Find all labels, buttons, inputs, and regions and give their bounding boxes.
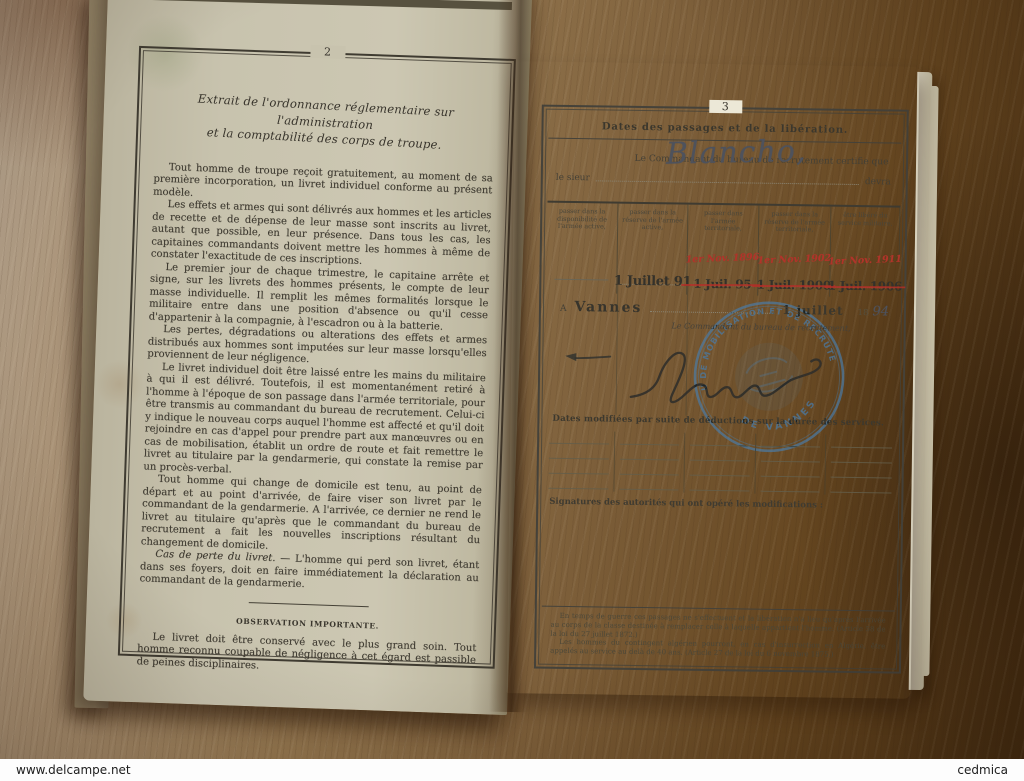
grid-cell [826, 465, 897, 481]
printed-date-struck: 1 Juil. 95 [684, 277, 760, 292]
right-page: 3 Dates des passages et de la libération… [507, 61, 920, 699]
grid-cell [826, 450, 897, 466]
date-cell-territoriale: 1er Nov. 1896 1 Juil. 95 [687, 255, 758, 296]
date-cell-disponibilite [546, 253, 617, 294]
grid-cell [614, 447, 685, 463]
grid-cell [615, 432, 686, 448]
date-cell-liberation: 1er Nov. 1911 1 Juil. 1906 [830, 257, 899, 298]
left-page-content: Extrait de l'ordonnance réglementaire su… [125, 53, 509, 661]
handwritten-corrected-date: 1er Nov. 1896 [684, 252, 762, 266]
sieur-label: le sieur [556, 173, 590, 183]
heading-rule [281, 154, 367, 157]
pen-paraph-mark [561, 352, 613, 369]
table-header-cell: passer dans la réserve de l'armée territ… [759, 206, 832, 257]
right-page-number: 3 [709, 100, 742, 113]
passage-dates-table: passer dans la disponibilité de l'armée … [546, 201, 900, 298]
grid-cell [544, 446, 615, 462]
footnote-box: En temps de guerre ces passages ne s'eff… [541, 606, 895, 667]
grid-cell [755, 464, 826, 480]
printed-century: 18 [858, 308, 869, 318]
paragraph: Le premier jour de chaque trimestre, le … [148, 261, 489, 335]
grid-cell [614, 477, 685, 493]
devra-label: devra [865, 177, 891, 187]
dotted-fill-line [650, 311, 774, 314]
grid-cell [685, 478, 756, 494]
paragraph: Tout homme qui change de domicile est te… [141, 473, 482, 560]
grid-cell [614, 462, 685, 478]
grid-cell [756, 434, 827, 450]
day-month-stamp: 1 juillet [782, 303, 844, 318]
date-cell-reserve-territoriale: 1er Nov. 1902 1 Juil. 1900 [758, 256, 831, 297]
watermark-seller: cedmica [957, 763, 1008, 777]
watermark-site: www.delcampe.net [16, 763, 131, 777]
watermark-bar: www.delcampe.net cedmica [0, 759, 1024, 781]
date-cell-reserve-active: 1 Juillet 91 [617, 254, 688, 295]
left-page-frame: 2 Extrait de l'ordonnance réglementaire … [118, 46, 516, 669]
grid-cell [685, 463, 756, 479]
grid-cell [543, 476, 614, 492]
handwritten-corrected-date: 1er Nov. 1902 [754, 253, 834, 267]
table-header-cell: passer dans l'armée territoriale, [688, 205, 759, 256]
city-stamp-vannes: Vannes [574, 299, 642, 316]
commandant-signature [623, 343, 839, 418]
left-page-body: Tout homme de troupe reçoit gratuitement… [139, 161, 493, 598]
certification-block: Le Commandant du bureau de recrutement c… [547, 139, 901, 206]
footnote-paragraph: Les hommes du contingent algérien pourro… [550, 638, 885, 660]
blank-area [542, 507, 896, 611]
handwritten-year: 94 [872, 304, 889, 319]
left-page: 2 Extrait de l'ordonnance réglementaire … [83, 0, 532, 715]
grid-cell [685, 433, 756, 449]
grid-cell [826, 480, 897, 496]
grid-cell [755, 479, 826, 495]
paragraph: Le livret individuel doit être laissé en… [143, 361, 486, 485]
section-rule [248, 602, 368, 607]
dotted-fill-line [596, 180, 859, 185]
grid-cell [756, 449, 827, 465]
printed-date-struck: 1 Juil. 1906 [827, 279, 902, 294]
observation-text: Le livret doit être conservé avec le plu… [136, 631, 476, 680]
table-header-cell: passer dans la disponibilité de l'armée … [547, 203, 618, 254]
paragraph: Les effets et armes qui sont délivrés au… [151, 198, 492, 272]
grid-cell [685, 448, 756, 464]
right-page-content: Dates des passages et de la libération. … [541, 112, 902, 667]
blank-entry-line [554, 279, 608, 281]
signature-zone [545, 334, 899, 419]
left-page-heading: Extrait de l'ordonnance réglementaire su… [154, 88, 495, 156]
printed-date-struck: 1 Juil. 1900 [755, 278, 833, 293]
a-label: A [560, 304, 567, 314]
grid-cell [826, 435, 897, 451]
left-page-number: 2 [310, 45, 345, 59]
grid-cell [544, 431, 615, 447]
handwritten-corrected-date: 1er Nov. 1911 [827, 254, 904, 268]
table-header-cell: être libéré du service militaire. [831, 207, 901, 258]
observation-heading: OBSERVATION IMPORTANTE. [138, 613, 477, 634]
handwritten-name: Blancho, [626, 133, 847, 173]
table-header-cell: passer dans la réserve de l'armée active… [617, 204, 688, 255]
modification-grid [543, 431, 897, 496]
printed-date: 1 Juillet 91 [614, 274, 690, 290]
right-page-frame: 3 Dates des passages et de la libération… [534, 105, 909, 674]
grid-cell [544, 461, 615, 477]
